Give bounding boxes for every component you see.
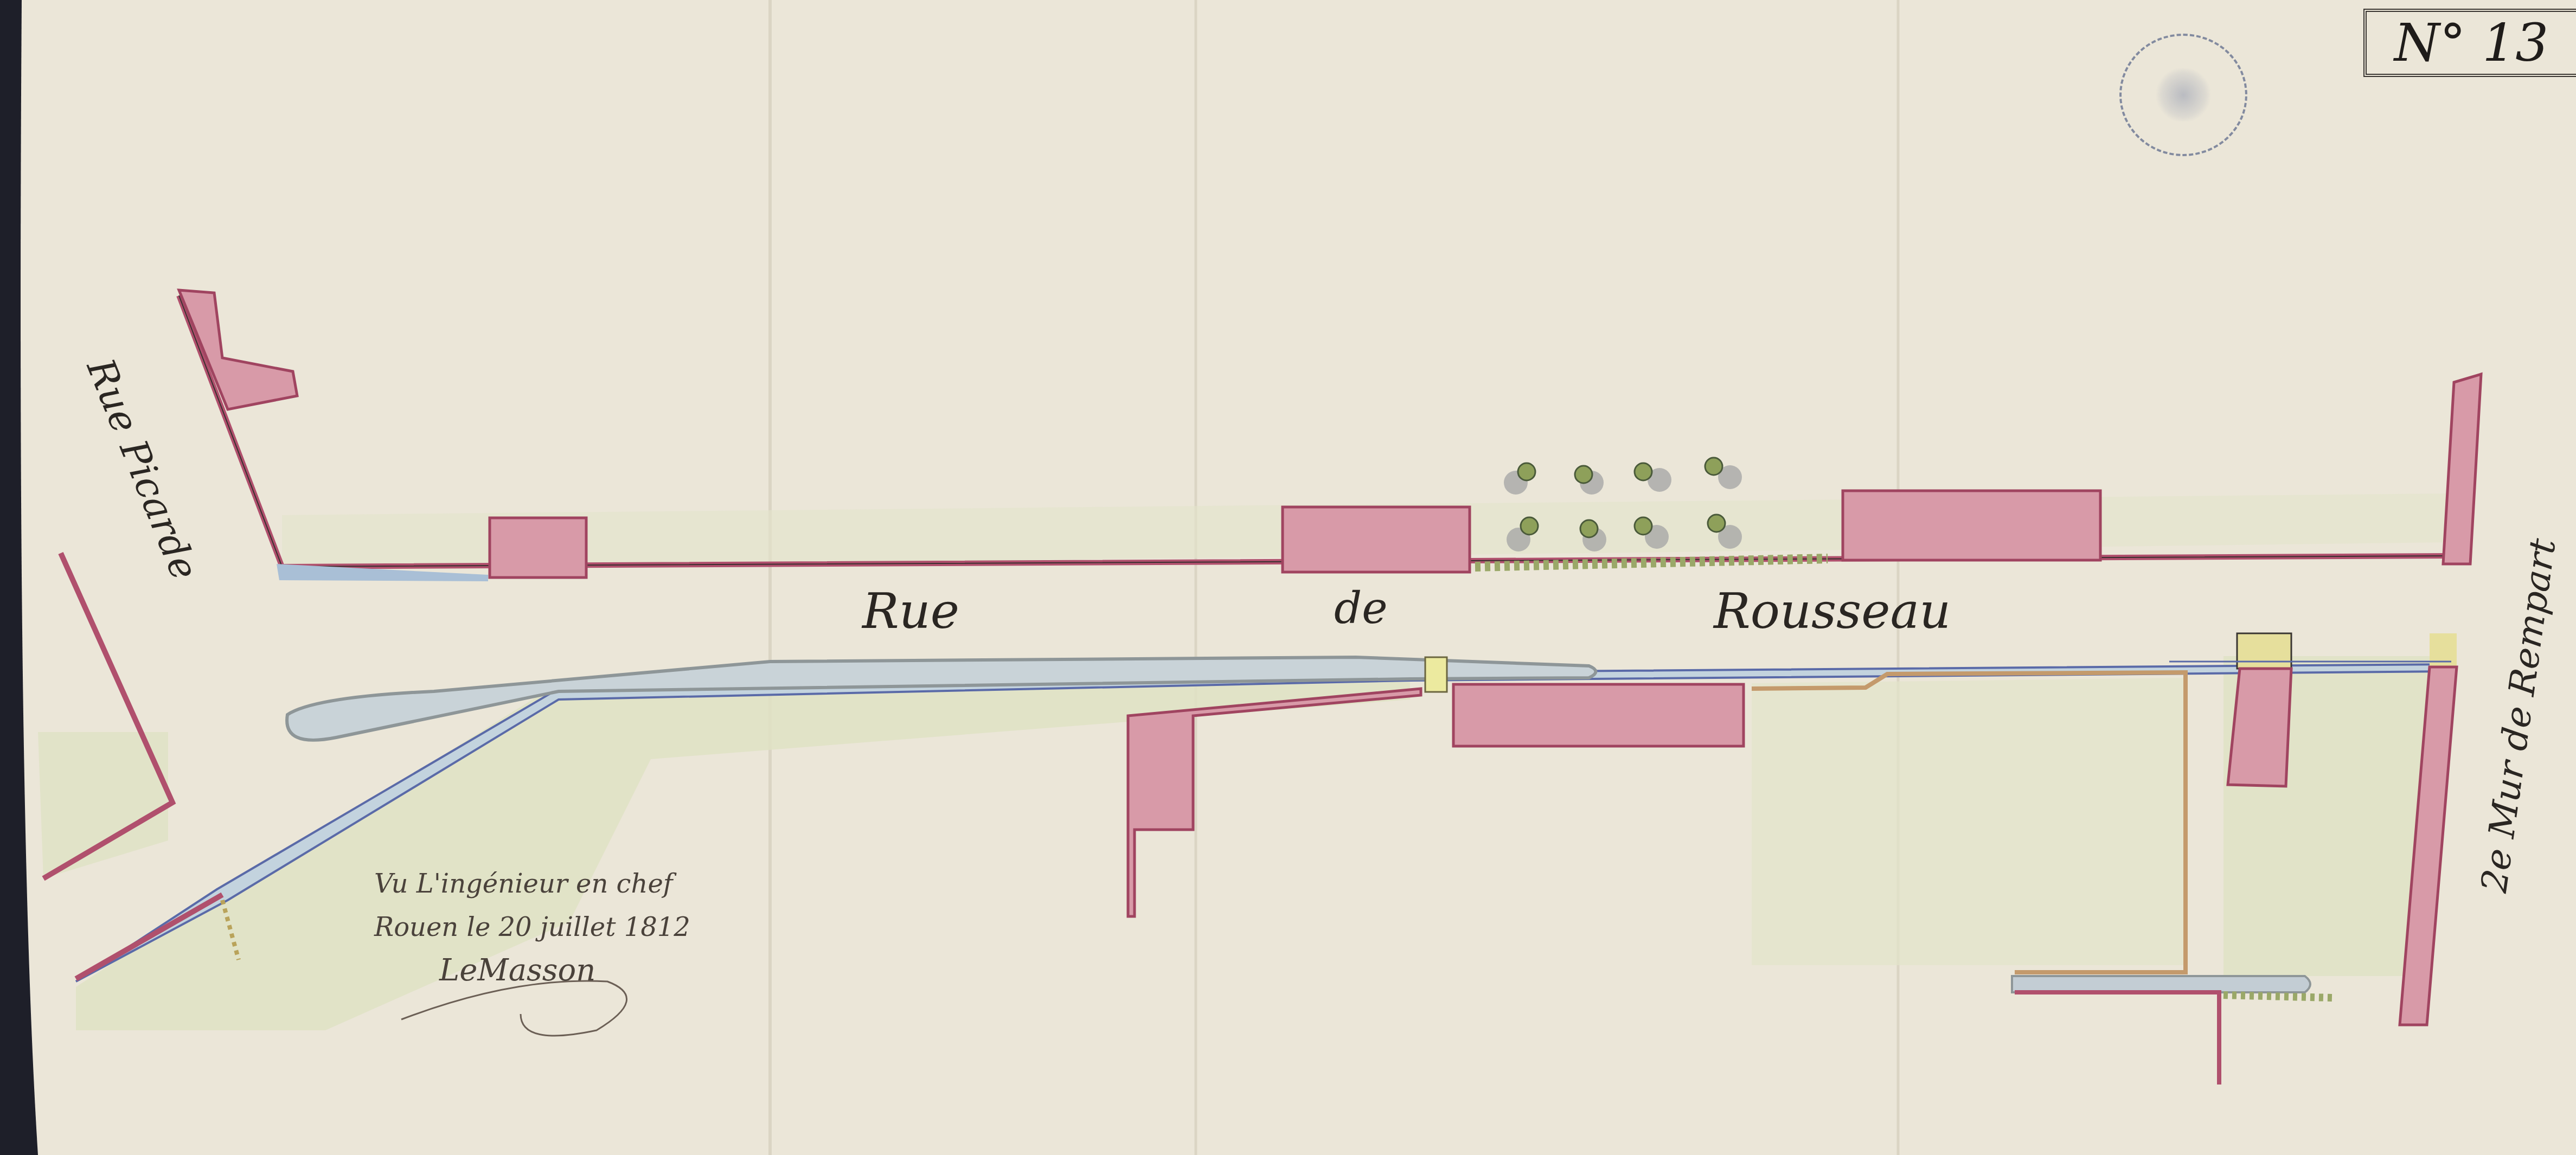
building-north-2 [1283,507,1470,572]
signature: LeMasson [374,949,690,992]
drain-channel [2012,976,2310,992]
building-north-1 [490,518,586,578]
yellow-annex [2237,633,2291,669]
green-wash-enclosure [1752,678,2186,965]
street-label-rue: Rue [862,583,959,640]
archive-stamp-icon [2119,34,2247,156]
building-north-3 [1843,491,2100,560]
street-label-rousseau: Rousseau [1714,583,1951,640]
building-south-center [1453,684,1744,746]
footbridge [1425,657,1447,692]
approval-annotation: Vu L'ingénieur en chef Rouen le 20 juill… [374,862,690,992]
sheet-number: N° 13 [2394,12,2549,73]
street-label-de: de [1334,583,1388,633]
sheet-number-box: N° 13 [2363,9,2576,77]
building-east-block [2228,669,2291,786]
approval-line-1: Vu L'ingénieur en chef [374,862,690,906]
approval-line-2: Rouen le 20 juillet 1812 [374,906,690,949]
